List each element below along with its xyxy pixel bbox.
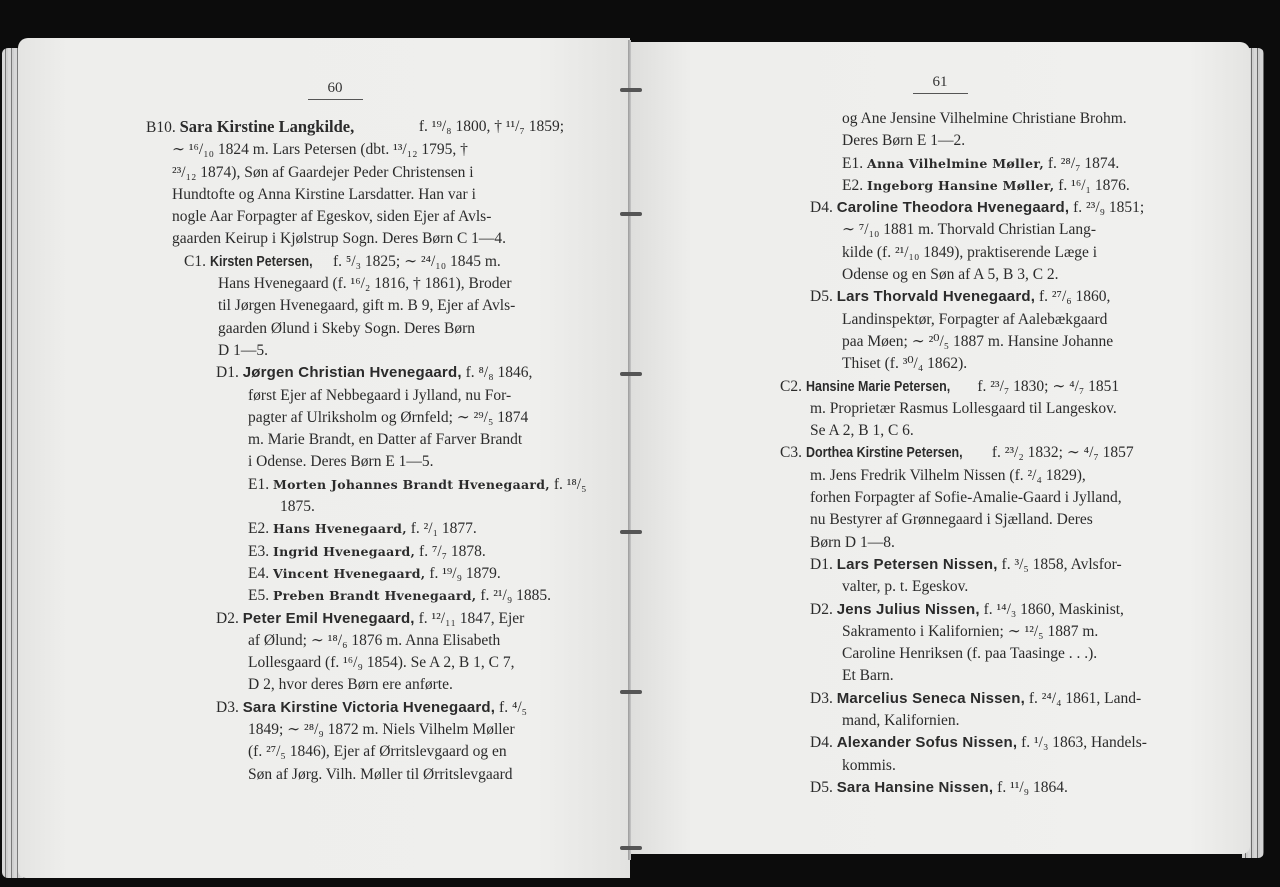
- entry-label: C2.: [780, 376, 802, 398]
- entry-line: og Ane Jensine Vilhelmine Christiane Bro…: [810, 108, 1170, 130]
- entry-line: f. ¹/₃ 1863, Handels-: [1021, 734, 1147, 751]
- entry-label: E2.: [842, 175, 863, 197]
- entry-d2-nissen: D2. Jens Julius Nissen, f. ¹⁴/₃ 1860, Ma…: [810, 599, 1170, 621]
- entry-line: f. ²⁷/₆ 1860,: [1039, 288, 1110, 305]
- entry-name: Caroline Theodora Hvenegaard,: [837, 199, 1070, 216]
- entry-name: Anna Vilhelmine Møller,: [867, 156, 1044, 171]
- entry-line: forhen Forpagter af Sofie-Amalie-Gaard i…: [810, 487, 1170, 509]
- entry-label: E1.: [248, 474, 269, 496]
- entry-line: f. ³/₅ 1858, Avlsfor-: [1002, 556, 1122, 573]
- entry-line: f. ¹¹/₉ 1864.: [997, 779, 1068, 796]
- entry-label: E5.: [248, 585, 269, 607]
- entry-line: f. ²⁸/₇ 1874.: [1048, 155, 1119, 172]
- entry-line: Deres Børn E 1—2.: [810, 130, 1170, 152]
- entry-d1-nissen: D1. Lars Petersen Nissen, f. ³/₅ 1858, A…: [810, 554, 1170, 576]
- entry-d4-nissen: D4. Alexander Sofus Nissen, f. ¹/₃ 1863,…: [810, 732, 1170, 754]
- entry-line: nu Bestyrer af Grønnegaard i Sjælland. D…: [810, 509, 1170, 531]
- entry-line: pagter af Ulriksholm og Ørnfeld; ∼ ²⁹/₅ …: [146, 407, 564, 429]
- entry-line: Hans Hvenegaard (f. ¹⁶/₂ 1816, † 1861), …: [146, 273, 564, 295]
- entry-line: D 2, hvor deres Børn ere anførte.: [146, 674, 564, 696]
- binding-stitch: [620, 212, 642, 216]
- binding-stitch: [620, 372, 642, 376]
- entry-label: E4.: [248, 563, 269, 585]
- page-number-right: 61: [910, 74, 970, 94]
- entry-line: f. ⁷/₇ 1878.: [419, 543, 486, 560]
- entry-e1: E1. Morten Johannes Brandt Hvenegaard, f…: [146, 474, 564, 496]
- entry-line: f. ²³/₂ 1832; ∼ ⁴/₇ 1857: [992, 444, 1134, 461]
- entry-label: D4.: [810, 732, 833, 754]
- entry-line: f. ²/₁ 1877.: [411, 520, 477, 537]
- entry-line: ∼ ¹⁶/₁₀ 1824 m. Lars Petersen (dbt. ¹³/₁…: [146, 139, 564, 161]
- entry-d2: D2. Peter Emil Hvenegaard, f. ¹²/₁₁ 1847…: [146, 608, 564, 630]
- entry-line: 1849; ∼ ²⁸/₉ 1872 m. Niels Vilhelm Mølle…: [146, 719, 564, 741]
- entry-d3-nissen: D3. Marcelius Seneca Nissen, f. ²⁴/₄ 186…: [810, 688, 1170, 710]
- entry-b10: B10. Sara Kirstine Langkilde, f. ¹⁹/₈ 18…: [146, 116, 564, 139]
- entry-name: Hansine Marie Petersen,: [806, 376, 950, 398]
- entry-line: Børn D 1—8.: [810, 532, 1170, 554]
- entry-d5-nissen: D5. Sara Hansine Nissen, f. ¹¹/₉ 1864.: [810, 777, 1170, 799]
- binding-stitch: [620, 846, 642, 850]
- entry-line: Landinspektør, Forpagter af Aalebækgaard: [810, 309, 1170, 331]
- entry-line: f. ⁵/₃ 1825; ∼ ²⁴/₁₀ 1845 m.: [333, 253, 501, 270]
- entry-line: 1875.: [146, 496, 564, 518]
- entry-d5: D5. Lars Thorvald Hvenegaard, f. ²⁷/₆ 18…: [810, 286, 1170, 308]
- entry-c1: C1. Kirsten Petersen, f. ⁵/₃ 1825; ∼ ²⁴/…: [146, 251, 564, 273]
- entry-name: Preben Brandt Hvenegaard,: [273, 588, 476, 603]
- entry-e2: E2. Hans Hvenegaard, f. ²/₁ 1877.: [146, 518, 564, 540]
- entry-line: Sakramento i Kalifornien; ∼ ¹²/₅ 1887 m.: [810, 621, 1170, 643]
- entry-name: Dorthea Kirstine Petersen,: [806, 442, 963, 464]
- entry-e3: E3. Ingrid Hvenegaard, f. ⁷/₇ 1878.: [146, 541, 564, 563]
- entry-label: D2.: [810, 599, 833, 621]
- entry-line: paa Møen; ∼ ²⁰/₅ 1887 m. Hansine Johanne: [810, 331, 1170, 353]
- entry-line: Se A 2, B 1, C 6.: [810, 420, 1170, 442]
- open-book: 60 B10. Sara Kirstine Langkilde, f. ¹⁹/₈…: [0, 0, 1280, 887]
- entry-label: D5.: [810, 286, 833, 308]
- entry-c3: C3. Dorthea Kirstine Petersen, f. ²³/₂ 1…: [780, 442, 1170, 464]
- entry-line: m. Marie Brandt, en Datter af Farver Bra…: [146, 429, 564, 451]
- entry-name: Marcelius Seneca Nissen,: [837, 690, 1025, 707]
- entry-d4: D4. Caroline Theodora Hvenegaard, f. ²³/…: [810, 197, 1170, 219]
- entry-line: Thiset (f. ³⁰/₄ 1862).: [810, 353, 1170, 375]
- entry-name: Alexander Sofus Nissen,: [837, 734, 1018, 751]
- entry-name: Lars Petersen Nissen,: [837, 556, 998, 573]
- entry-line: valter, p. t. Egeskov.: [810, 576, 1170, 598]
- left-page-text: B10. Sara Kirstine Langkilde, f. ¹⁹/₈ 18…: [146, 116, 564, 786]
- entry-line: i Odense. Deres Børn E 1—5.: [146, 451, 564, 473]
- entry-e2: E2. Ingeborg Hansine Møller, f. ¹⁶/₁ 187…: [810, 175, 1170, 197]
- entry-line: f. ⁸/₈ 1846,: [466, 364, 533, 381]
- entry-line: Lollesgaard (f. ¹⁶/₉ 1854). Se A 2, B 1,…: [146, 652, 564, 674]
- entry-line: f. ¹²/₁₁ 1847, Ejer: [419, 610, 525, 627]
- entry-line: Hundtofte og Anna Kirstine Larsdatter. H…: [146, 184, 564, 206]
- entry-line: af Ølund; ∼ ¹⁸/₆ 1876 m. Anna Elisabeth: [146, 630, 564, 652]
- entry-label: C1.: [184, 251, 206, 273]
- entry-line: nogle Aar Forpagter af Egeskov, siden Ej…: [146, 206, 564, 228]
- entry-line: D 1—5.: [146, 340, 564, 362]
- entry-name: Vincent Hvenegaard,: [273, 566, 425, 581]
- entry-name: Ingeborg Hansine Møller,: [867, 178, 1054, 193]
- entry-line: f. ¹⁸/₅: [554, 476, 587, 493]
- entry-name: Hans Hvenegaard,: [273, 521, 407, 536]
- entry-label: D1.: [810, 554, 833, 576]
- entry-line: f. ²³/₇ 1830; ∼ ⁴/₇ 1851: [977, 378, 1119, 395]
- right-page-text: og Ane Jensine Vilhelmine Christiane Bro…: [810, 108, 1170, 799]
- entry-label: B10.: [146, 117, 176, 139]
- entry-line: gaarden Ølund i Skeby Sogn. Deres Børn: [146, 318, 564, 340]
- entry-label: C3.: [780, 442, 802, 464]
- entry-line: først Ejer af Nebbegaard i Jylland, nu F…: [146, 385, 564, 407]
- binding-stitch: [620, 88, 642, 92]
- entry-name: Lars Thorvald Hvenegaard,: [837, 288, 1035, 305]
- entry-e4: E4. Vincent Hvenegaard, f. ¹⁹/₉ 1879.: [146, 563, 564, 585]
- entry-line: til Jørgen Hvenegaard, gift m. B 9, Ejer…: [146, 295, 564, 317]
- entry-line: m. Proprietær Rasmus Lollesgaard til Lan…: [810, 398, 1170, 420]
- entry-label: E1.: [842, 153, 863, 175]
- entry-name: Morten Johannes Brandt Hvenegaard,: [273, 477, 550, 492]
- book-gutter: [628, 40, 631, 860]
- entry-label: D1.: [216, 362, 239, 384]
- entry-line: Søn af Jørg. Vilh. Møller til Ørritslevg…: [146, 764, 564, 786]
- binding-stitch: [620, 530, 642, 534]
- entry-line: f. ¹⁴/₃ 1860, Maskinist,: [984, 601, 1124, 618]
- entry-e5: E5. Preben Brandt Hvenegaard, f. ²¹/₉ 18…: [146, 585, 564, 607]
- entry-name: Sara Hansine Nissen,: [837, 779, 994, 796]
- entry-line: Caroline Henriksen (f. paa Taasinge . . …: [810, 643, 1170, 665]
- entry-line: m. Jens Fredrik Vilhelm Nissen (f. ²/₄ 1…: [810, 465, 1170, 487]
- entry-label: D4.: [810, 197, 833, 219]
- entry-line: kilde (f. ²¹/₁₀ 1849), praktiserende Læg…: [810, 242, 1170, 264]
- entry-line: Et Barn.: [810, 665, 1170, 687]
- entry-line: f. ²⁴/₄ 1861, Land-: [1029, 690, 1141, 707]
- entry-d3: D3. Sara Kirstine Victoria Hvenegaard, f…: [146, 697, 564, 719]
- entry-line: gaarden Keirup i Kjølstrup Sogn. Deres B…: [146, 228, 564, 250]
- entry-line: f. ¹⁹/₈ 1800, † ¹¹/₇ 1859;: [419, 116, 564, 139]
- entry-line: mand, Kalifornien.: [810, 710, 1170, 732]
- page-number-rule: [308, 99, 363, 100]
- entry-line: f. ²¹/₉ 1885.: [480, 587, 551, 604]
- page-number-rule: [913, 93, 968, 94]
- entry-line: f. ⁴/₅: [499, 699, 527, 716]
- entry-label: E2.: [248, 518, 269, 540]
- entry-label: D5.: [810, 777, 833, 799]
- entry-e1: E1. Anna Vilhelmine Møller, f. ²⁸/₇ 1874…: [810, 153, 1170, 175]
- entry-line: kommis.: [810, 755, 1170, 777]
- entry-line: f. ¹⁹/₉ 1879.: [429, 565, 500, 582]
- entry-line: (f. ²⁷/₅ 1846), Ejer af Ørritslevgaard o…: [146, 741, 564, 763]
- binding-stitch: [620, 690, 642, 694]
- page-number-left: 60: [305, 80, 365, 100]
- entry-line: f. ²³/₉ 1851;: [1073, 199, 1144, 216]
- entry-line: ²³/₁₂ 1874), Søn af Gaardejer Peder Chri…: [146, 162, 564, 184]
- entry-name: Sara Kirstine Langkilde,: [180, 117, 355, 136]
- entry-name: Peter Emil Hvenegaard,: [243, 610, 415, 627]
- entry-label: D3.: [216, 697, 239, 719]
- entry-d1: D1. Jørgen Christian Hvenegaard, f. ⁸/₈ …: [146, 362, 564, 384]
- entry-label: E3.: [248, 541, 269, 563]
- entry-name: Jens Julius Nissen,: [837, 601, 980, 618]
- entry-name: Jørgen Christian Hvenegaard,: [243, 364, 462, 381]
- entry-name: Kirsten Petersen,: [210, 251, 313, 273]
- page-number-text: 60: [328, 80, 343, 96]
- entry-line: Odense og en Søn af A 5, B 3, C 2.: [810, 264, 1170, 286]
- entry-name: Ingrid Hvenegaard,: [273, 544, 415, 559]
- entry-line: ∼ ⁷/₁₀ 1881 m. Thorvald Christian Lang-: [810, 219, 1170, 241]
- page-number-text: 61: [933, 74, 948, 90]
- entry-line: f. ¹⁶/₁ 1876.: [1058, 177, 1129, 194]
- entry-label: D3.: [810, 688, 833, 710]
- entry-name: Sara Kirstine Victoria Hvenegaard,: [243, 699, 495, 716]
- entry-label: D2.: [216, 608, 239, 630]
- entry-c2: C2. Hansine Marie Petersen, f. ²³/₇ 1830…: [780, 376, 1170, 398]
